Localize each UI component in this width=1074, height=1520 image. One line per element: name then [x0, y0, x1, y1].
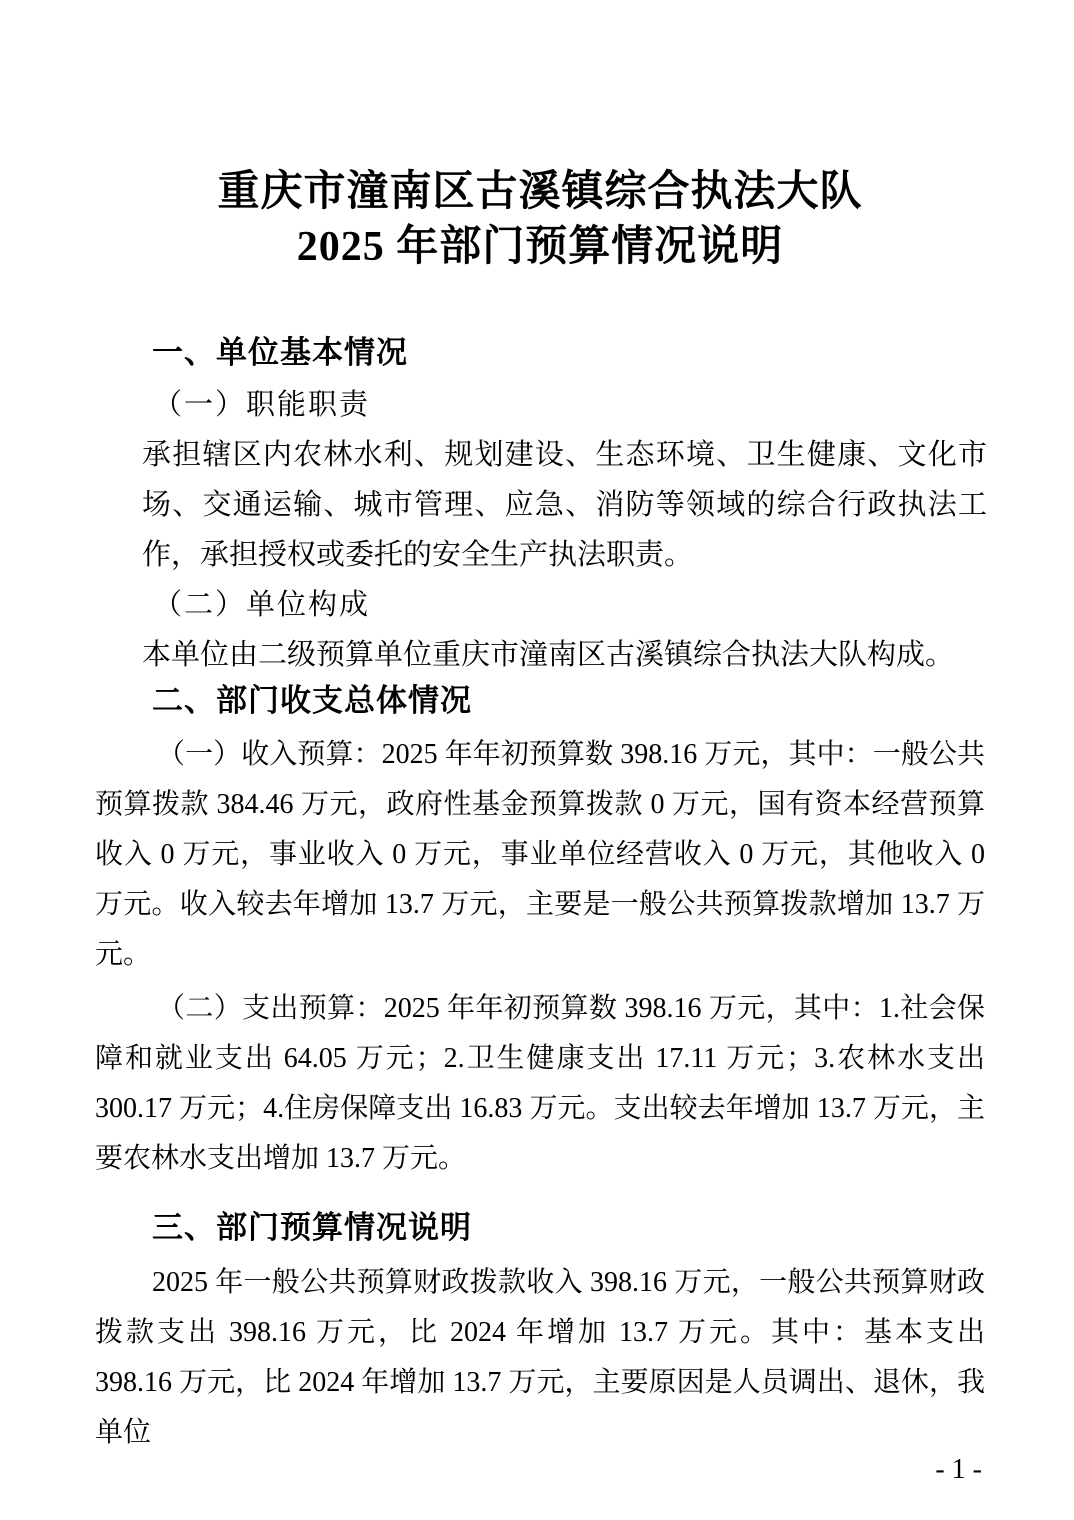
document-title-line2: 2025 年部门预算情况说明 — [95, 220, 985, 275]
section1-sub1-heading: （一）职能职责 — [95, 380, 985, 430]
section1-sub2-body: 本单位由二级预算单位重庆市潼南区古溪镇综合执法大队构成。 — [142, 630, 987, 680]
section3-heading: 三、部门预算情况说明 — [95, 1208, 985, 1248]
page-number: - 1 - — [935, 1452, 982, 1488]
section2-expense-paragraph: （二）支出预算：2025 年年初预算数 398.16 万元，其中：1.社会保障和… — [95, 984, 985, 1184]
budget-document-page: 重庆市潼南区古溪镇综合执法大队 2025 年部门预算情况说明 一、单位基本情况 … — [0, 0, 1074, 1520]
document-title-line1: 重庆市潼南区古溪镇综合执法大队 — [95, 165, 985, 220]
section1-sub1-body: 承担辖区内农林水利、规划建设、生态环境、卫生健康、文化市场、交通运输、城市管理、… — [142, 430, 987, 580]
section3-paragraph: 2025 年一般公共预算财政拨款收入 398.16 万元，一般公共预算财政拨款支… — [95, 1258, 985, 1458]
section2-income-paragraph: （一）收入预算：2025 年年初预算数 398.16 万元，其中：一般公共预算拨… — [95, 730, 985, 980]
document-title: 重庆市潼南区古溪镇综合执法大队 2025 年部门预算情况说明 — [95, 165, 985, 275]
section1-heading: 一、单位基本情况 — [95, 333, 985, 373]
section1-sub2-heading: （二）单位构成 — [95, 580, 985, 630]
document-body: 重庆市潼南区古溪镇综合执法大队 2025 年部门预算情况说明 一、单位基本情况 … — [0, 0, 1074, 1458]
section2-heading: 二、部门收支总体情况 — [95, 681, 985, 721]
